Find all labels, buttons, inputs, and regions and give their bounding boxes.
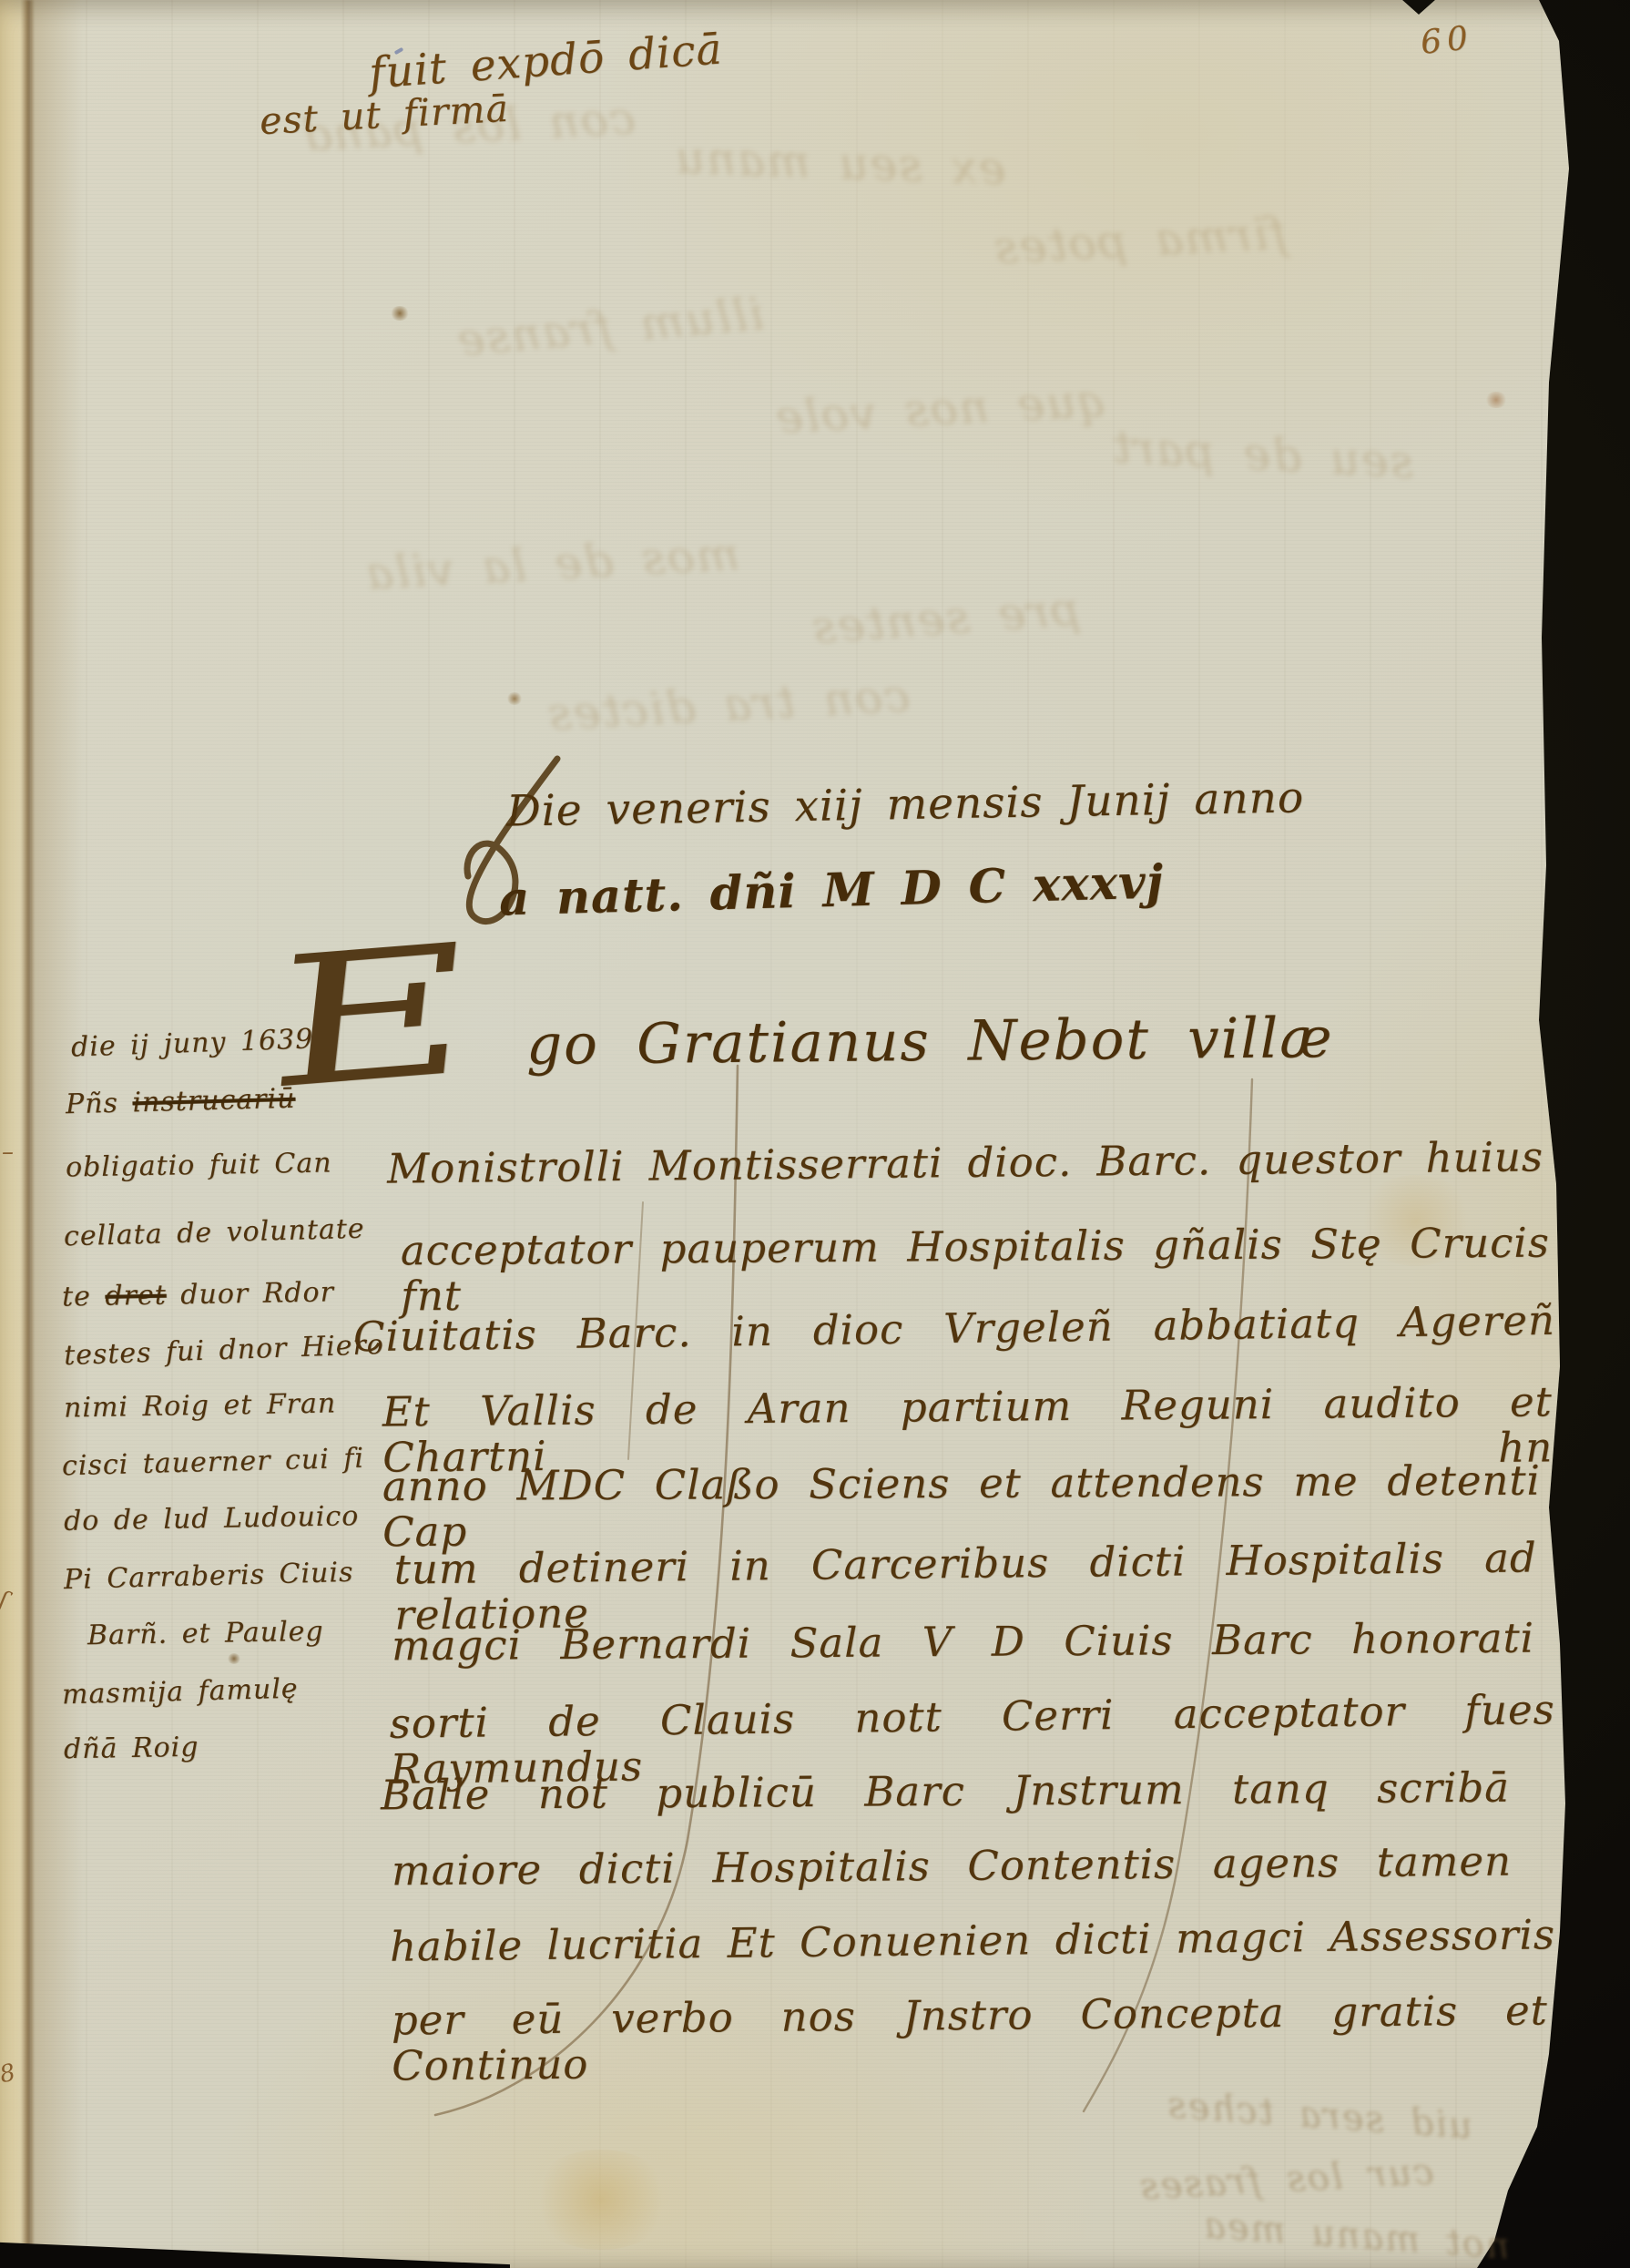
body-line: magci Bernardi Sala V D Ciuis Barc honor… bbox=[392, 1616, 1534, 1669]
margin-note-line: dñā Roig bbox=[64, 1732, 199, 1766]
margin-struck-text: dret bbox=[105, 1280, 167, 1313]
margin-note-line: te dret duor Rdor bbox=[62, 1276, 334, 1313]
margin-note-line: masmija famulę bbox=[62, 1673, 299, 1711]
margin-note-line: obligatio fuit Can bbox=[66, 1147, 332, 1183]
margin-note-line: nimi Roig et Fran bbox=[64, 1387, 337, 1424]
margin-text: duor Rdor bbox=[166, 1276, 334, 1311]
body-line: per eū verbo nos Jnstro Concepta gratis … bbox=[392, 1987, 1549, 2088]
margin-text: Barñ. et Pauleg bbox=[87, 1616, 324, 1652]
margin-note-line: Barñ. et Pauleg bbox=[87, 1616, 324, 1652]
margin-text: nimi Roig et Fran bbox=[64, 1387, 337, 1424]
body-line: Balle not publicū Barc Jnstrum tanq scri… bbox=[381, 1765, 1510, 1818]
scan-background-board: con los pand ex seu manu firma potes ill… bbox=[0, 0, 1630, 2268]
margin-struck-text: instrucariū bbox=[132, 1083, 296, 1119]
folio-number: 60 bbox=[1419, 19, 1475, 62]
binding-gutter-shadow bbox=[31, 0, 86, 2268]
margin-text: dñā Roig bbox=[64, 1732, 199, 1766]
margin-note-line: do de lud Ludouico bbox=[64, 1500, 360, 1538]
margin-note-line: Pñs instrucariū bbox=[66, 1083, 296, 1121]
margin-text: obligatio fuit Can bbox=[66, 1147, 332, 1183]
margin-text: Pñs bbox=[66, 1087, 133, 1120]
edge-ink-mark: – bbox=[2, 1139, 14, 1166]
margin-text: do de lud Ludouico bbox=[64, 1500, 360, 1538]
margin-text: masmija famulę bbox=[62, 1673, 299, 1711]
body-line: maiore dicti Hospitalis Contentis agens … bbox=[392, 1839, 1512, 1894]
margin-text: te bbox=[62, 1281, 106, 1313]
opening-line: go Gratianus Nebot villæ bbox=[526, 1006, 1334, 1078]
